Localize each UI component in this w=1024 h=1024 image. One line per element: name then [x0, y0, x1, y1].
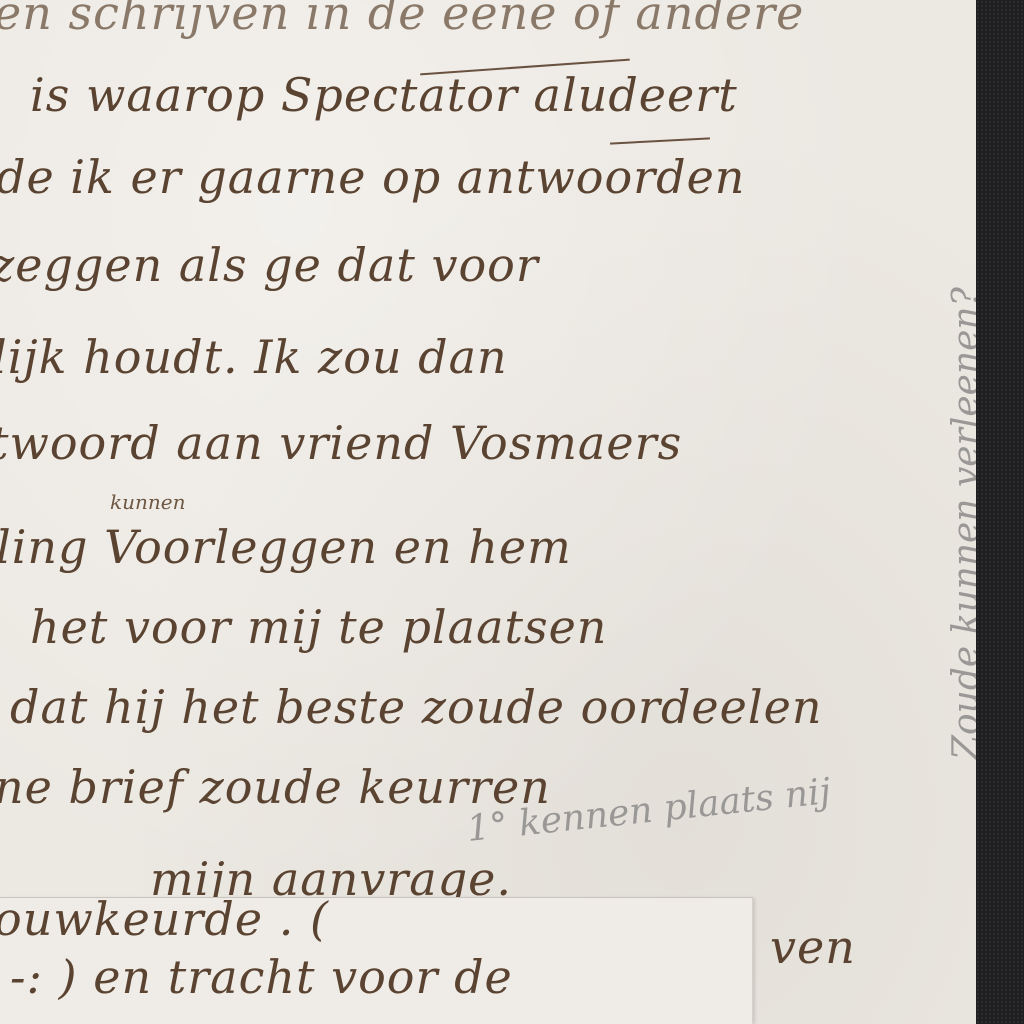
manuscript-line-10: ne brief zoude keurren [0, 760, 551, 814]
manuscript-line-12: ouwkeurde . ( [0, 892, 329, 946]
manuscript-page: en schrijven in de eene of andere is waa… [0, 0, 976, 1024]
manuscript-line-3: de ik er gaarne op antwoorden [0, 150, 745, 204]
slip-text-line: -: ) en tracht voor de [10, 950, 513, 1004]
interlinear-insertion: kunnen [110, 490, 185, 514]
dark-background-strip [976, 0, 1024, 1024]
manuscript-line-4: zeggen als ge dat voor [0, 238, 539, 292]
manuscript-line-8: het voor mij te plaatsen [30, 600, 607, 654]
manuscript-line-7: ling Voorleggen en hem [0, 520, 572, 574]
manuscript-line-5: lijk houdt. Ik zou dan [0, 330, 508, 384]
manuscript-line-1: en schrijven in de eene of andere [0, 0, 804, 40]
slip-continuation-text: ven [770, 920, 856, 974]
manuscript-line-2: is waarop Spectator aludeert [30, 68, 738, 122]
manuscript-line-6: twoord aan vriend Vosmaers [0, 416, 682, 470]
strikethrough-mark [610, 137, 710, 144]
manuscript-line-9: dat hij het beste zoude oordeelen [10, 680, 822, 734]
